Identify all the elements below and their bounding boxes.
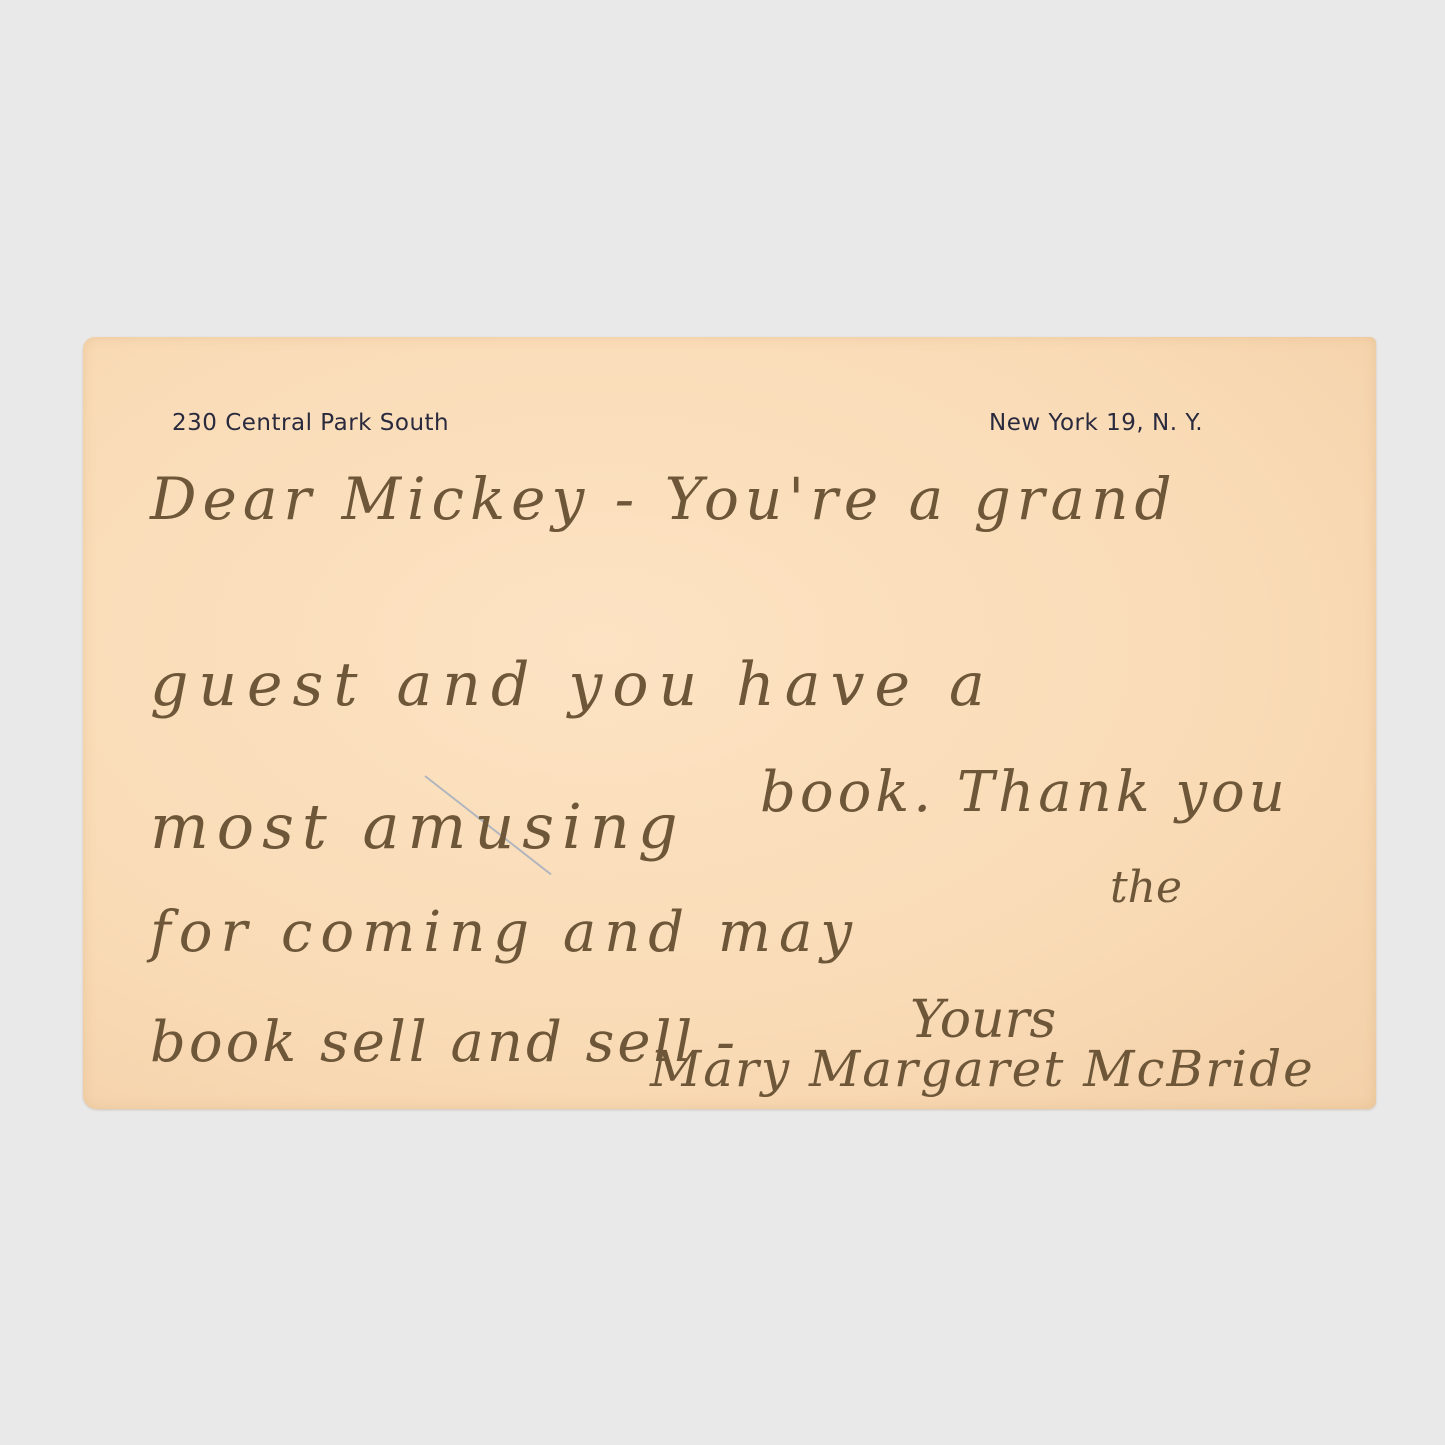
handwritten-line-2: guest and you have a — [150, 650, 995, 720]
handwritten-insert: the — [1110, 862, 1182, 913]
handwritten-line-4: for coming and may — [150, 900, 860, 965]
letterhead-address-city: New York 19, N. Y. — [989, 410, 1203, 436]
letterhead-address-street: 230 Central Park South — [172, 410, 449, 436]
signature: Mary Margaret McBride — [650, 1040, 1315, 1098]
handwritten-line-3b: book. Thank you — [760, 760, 1289, 825]
postcard — [83, 337, 1376, 1109]
handwritten-line-3a: most amusing — [150, 790, 686, 863]
handwritten-line-1: Dear Mickey - You're a grand — [150, 465, 1178, 533]
